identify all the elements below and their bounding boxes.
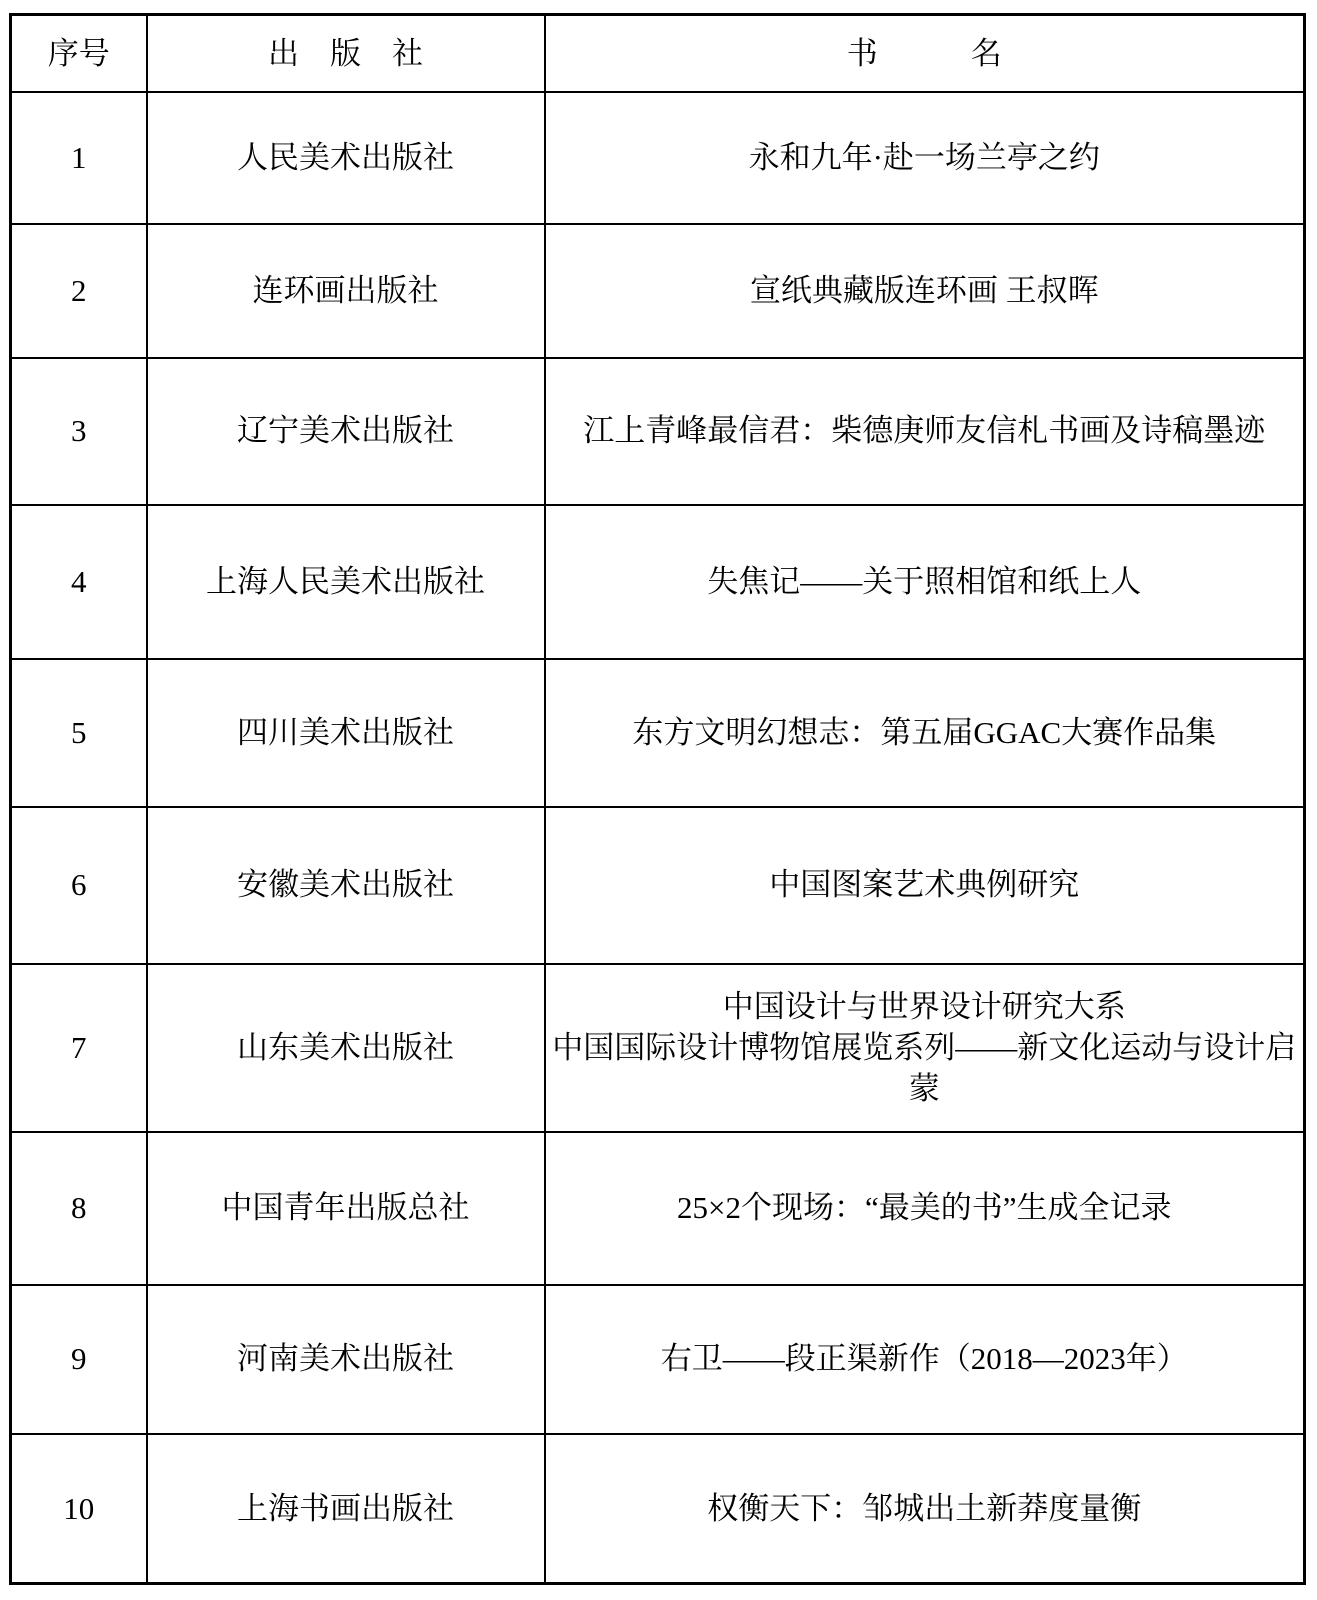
table-row: 9 河南美术出版社 右卫——段正渠新作（2018—2023年） [11,1285,1305,1434]
publisher-cell: 山东美术出版社 [147,964,545,1132]
table-row: 6 安徽美术出版社 中国图案艺术典例研究 [11,807,1305,964]
table-header-row: 序号 出 版 社 书 名 [11,15,1305,92]
table-row: 8 中国青年出版总社 25×2个现场：“最美的书”生成全记录 [11,1132,1305,1285]
header-title: 书 名 [545,15,1305,92]
row-index-cell: 8 [11,1132,147,1285]
publisher-cell: 人民美术出版社 [147,92,545,224]
row-index-cell: 9 [11,1285,147,1434]
publisher-cell: 上海人民美术出版社 [147,505,545,659]
title-cell: 权衡天下：邹城出土新莽度量衡 [545,1434,1305,1584]
row-index-cell: 7 [11,964,147,1132]
table-row: 10 上海书画出版社 权衡天下：邹城出土新莽度量衡 [11,1434,1305,1584]
row-index-cell: 1 [11,92,147,224]
title-cell: 永和九年·赴一场兰亭之约 [545,92,1305,224]
title-cell: 中国图案艺术典例研究 [545,807,1305,964]
row-index-cell: 10 [11,1434,147,1584]
row-index-cell: 5 [11,659,147,807]
document-page: 序号 出 版 社 书 名 1 人民美术出版社 永和九年·赴一场兰亭之约 2 连环… [0,0,1317,1600]
title-cell: 失焦记——关于照相馆和纸上人 [545,505,1305,659]
table-row: 5 四川美术出版社 东方文明幻想志：第五届GGAC大赛作品集 [11,659,1305,807]
title-cell: 东方文明幻想志：第五届GGAC大赛作品集 [545,659,1305,807]
table-row: 3 辽宁美术出版社 江上青峰最信君：柴德庚师友信札书画及诗稿墨迹 [11,358,1305,505]
table-row: 4 上海人民美术出版社 失焦记——关于照相馆和纸上人 [11,505,1305,659]
publisher-cell: 安徽美术出版社 [147,807,545,964]
header-publisher: 出 版 社 [147,15,545,92]
publisher-cell: 中国青年出版总社 [147,1132,545,1285]
publisher-cell: 四川美术出版社 [147,659,545,807]
publisher-cell: 河南美术出版社 [147,1285,545,1434]
title-cell: 宣纸典藏版连环画 王叔晖 [545,224,1305,358]
header-index: 序号 [11,15,147,92]
title-cell: 右卫——段正渠新作（2018—2023年） [545,1285,1305,1434]
publisher-cell: 辽宁美术出版社 [147,358,545,505]
row-index-cell: 3 [11,358,147,505]
title-cell: 25×2个现场：“最美的书”生成全记录 [545,1132,1305,1285]
row-index-cell: 6 [11,807,147,964]
publisher-cell: 上海书画出版社 [147,1434,545,1584]
table-row: 7 山东美术出版社 中国设计与世界设计研究大系 中国国际设计博物馆展览系列——新… [11,964,1305,1132]
publisher-cell: 连环画出版社 [147,224,545,358]
books-table: 序号 出 版 社 书 名 1 人民美术出版社 永和九年·赴一场兰亭之约 2 连环… [9,13,1306,1585]
row-index-cell: 2 [11,224,147,358]
row-index-cell: 4 [11,505,147,659]
title-cell: 江上青峰最信君：柴德庚师友信札书画及诗稿墨迹 [545,358,1305,505]
table-row: 2 连环画出版社 宣纸典藏版连环画 王叔晖 [11,224,1305,358]
title-cell: 中国设计与世界设计研究大系 中国国际设计博物馆展览系列——新文化运动与设计启蒙 [545,964,1305,1132]
table-row: 1 人民美术出版社 永和九年·赴一场兰亭之约 [11,92,1305,224]
